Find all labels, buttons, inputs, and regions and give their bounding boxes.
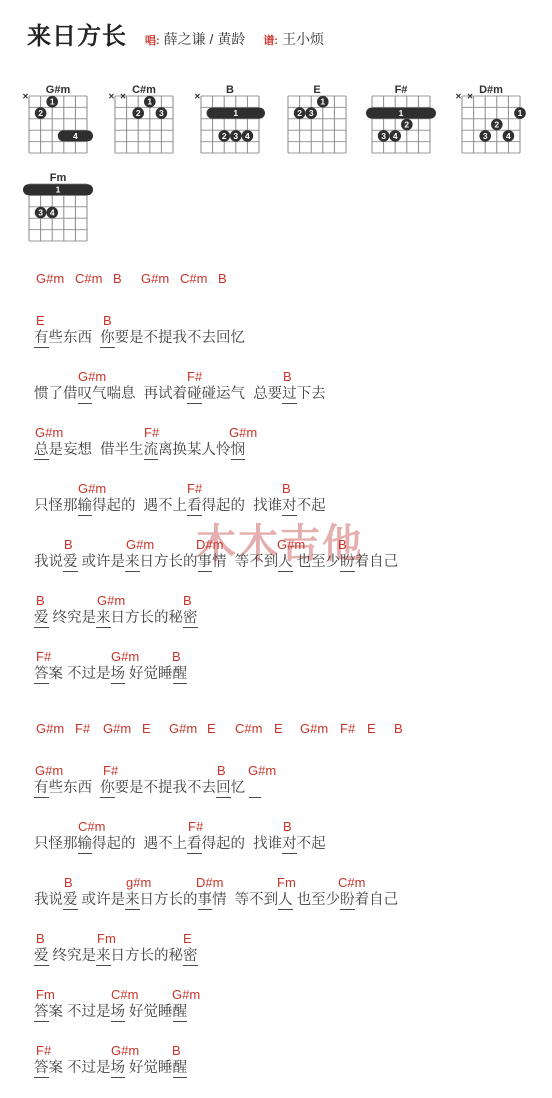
lyric-text: 醒 — [173, 666, 188, 684]
lyric-text: 醒 — [173, 1060, 188, 1078]
lyric-text: 终究是 — [49, 610, 97, 626]
lyric-text: 碰 — [187, 386, 202, 404]
lyric-text: 案 不过是 — [49, 666, 111, 682]
chord-label: E — [36, 314, 45, 328]
chord-label: B — [103, 314, 112, 328]
chord-label: G#m — [300, 722, 328, 736]
lyric-text: 也至少 — [293, 892, 341, 908]
chord-label: G#m — [36, 722, 64, 736]
chord-label: G#m — [169, 722, 197, 736]
lyric-text: 有 — [34, 330, 49, 348]
lyric-text: 悯 — [231, 442, 246, 460]
chord-label: F# — [75, 722, 90, 736]
chord-label: G#m — [126, 538, 154, 552]
lyric-text: 人 — [278, 554, 293, 572]
lyric-text: 有 — [34, 780, 49, 798]
lyric-text: 好觉睡 — [125, 1004, 173, 1020]
lyric-text: 离换某人怜 — [158, 442, 231, 458]
lyric-text: 日方长的 — [140, 554, 198, 570]
lyric-line: 有些东西 你要是不提我不去回忆 — [34, 780, 261, 797]
lyric-text: 得起的 遇不上 — [92, 498, 187, 514]
lyric-text: 醒 — [173, 1004, 188, 1022]
chord-label: G#m — [229, 426, 257, 440]
lyric-text: 些东西 — [49, 330, 101, 346]
chord-label: B — [36, 594, 45, 608]
lyric-text: 你 — [100, 780, 115, 798]
chord-label: B — [172, 1044, 181, 1058]
lyric-text: 也至少 — [293, 554, 341, 570]
lyric-text: 你 — [100, 330, 115, 348]
lyric-line: 总是妄想 借半生流离换某人怜悯 — [34, 442, 245, 459]
chord-label: G#m — [111, 650, 139, 664]
lyric-text: 人 — [278, 892, 293, 910]
lyric-text: 只怪那 — [34, 498, 78, 514]
chord-label: E — [274, 722, 283, 736]
lyric-text: 来 — [96, 948, 111, 966]
lyric-text: 对 — [282, 836, 297, 854]
lyric-text: 好觉睡 — [125, 666, 173, 682]
lyric-line: 答案 不过是场 好觉睡醒 — [34, 1060, 187, 1077]
chord-label: B — [64, 538, 73, 552]
lyric-text: 情 等不到 — [212, 892, 278, 908]
lyric-text: 场 — [111, 1004, 126, 1022]
lyric-text: 要是不提我不去 — [115, 780, 217, 796]
lyrics-section: G#mC#mBG#mC#mBEB有些东西 你要是不提我不去回忆G#mF#B惯了借… — [0, 0, 552, 1098]
lyric-text: 气喘息 再试着 — [92, 386, 187, 402]
lyric-line: 只怪那输得起的 遇不上看得起的 找谁对不起 — [34, 836, 326, 853]
lyric-text: 些东西 — [49, 780, 101, 796]
lyric-text: 我说 — [34, 554, 63, 570]
chord-label: G#m — [277, 538, 305, 552]
lyric-text: 爱 — [63, 554, 78, 572]
chord-sheet-page: 来日方长唱:薛之谦 / 黄龄谱:王小烦 木木吉他 G#m×412C#m××123… — [0, 0, 552, 1098]
chord-label: G#m — [172, 988, 200, 1002]
chord-label: F# — [103, 764, 118, 778]
lyric-text: 密 — [183, 948, 198, 966]
lyric-text — [249, 780, 261, 798]
lyric-text: 场 — [111, 666, 126, 684]
chord-label: G#m — [35, 764, 63, 778]
chord-label: g#m — [126, 876, 151, 890]
lyric-text: 案 不过是 — [49, 1004, 111, 1020]
lyric-text: 惯了借 — [34, 386, 78, 402]
chord-label: C#m — [111, 988, 138, 1002]
lyric-text: 我说 — [34, 892, 63, 908]
lyric-text: 过 — [282, 386, 297, 404]
lyric-text: 案 不过是 — [49, 1060, 111, 1076]
chord-label: G#m — [35, 426, 63, 440]
lyric-text: 事 — [198, 892, 213, 910]
lyric-text: 得起的 遇不上 — [92, 836, 187, 852]
lyric-text: 对 — [282, 498, 297, 516]
lyric-line: 爱 终究是来日方长的秘密 — [34, 948, 198, 965]
lyric-text: 忆 — [231, 780, 250, 796]
lyric-text: 情 等不到 — [212, 554, 278, 570]
lyric-text: 下去 — [297, 386, 326, 402]
chord-label: G#m — [78, 482, 106, 496]
lyric-text: 日方长的秘 — [111, 610, 184, 626]
lyric-text: 密 — [183, 610, 198, 628]
chord-label: C#m — [338, 876, 365, 890]
lyric-text: 来 — [125, 554, 140, 572]
lyric-text: 答 — [34, 1004, 49, 1022]
chord-label: B — [394, 722, 403, 736]
chord-label: G#m — [36, 272, 64, 286]
chord-label: G#m — [97, 594, 125, 608]
chord-label: D#m — [196, 538, 223, 552]
lyric-text: 盼 — [340, 892, 355, 910]
lyric-text: 答 — [34, 666, 49, 684]
chord-label: B — [36, 932, 45, 946]
chord-label: B — [113, 272, 122, 286]
chord-label: Fm — [277, 876, 296, 890]
lyric-text: 不起 — [297, 836, 326, 852]
chord-label: B — [217, 764, 226, 778]
chord-label: B — [282, 482, 291, 496]
lyric-text: 事 — [198, 554, 213, 572]
chord-label: G#m — [248, 764, 276, 778]
chord-label: B — [283, 370, 292, 384]
chord-label: C#m — [78, 820, 105, 834]
lyric-text: 总 — [34, 442, 49, 460]
chord-label: G#m — [111, 1044, 139, 1058]
lyric-text: 爱 — [34, 610, 49, 628]
chord-label: Fm — [36, 988, 55, 1002]
lyric-text: 流 — [144, 442, 159, 460]
chord-label: F# — [187, 370, 202, 384]
lyric-text: 或许是 — [78, 554, 126, 570]
lyric-text: 得起的 找谁 — [202, 836, 283, 852]
chord-label: E — [183, 932, 192, 946]
lyric-text: 好觉睡 — [125, 1060, 173, 1076]
lyric-text: 回 — [216, 780, 231, 798]
lyric-text: 日方长的 — [140, 892, 198, 908]
chord-label: E — [142, 722, 151, 736]
lyric-line: 爱 终究是来日方长的秘密 — [34, 610, 198, 627]
chord-label: F# — [144, 426, 159, 440]
lyric-text: 得起的 找谁 — [202, 498, 283, 514]
lyric-text: 日方长的秘 — [111, 948, 184, 964]
chord-label: C#m — [75, 272, 102, 286]
lyric-line: 只怪那输得起的 遇不上看得起的 找谁对不起 — [34, 498, 326, 515]
lyric-text: 着自己 — [355, 892, 399, 908]
lyric-text: 不起 — [297, 498, 326, 514]
chord-label: C#m — [235, 722, 262, 736]
chord-label: B — [283, 820, 292, 834]
lyric-line: 惯了借叹气喘息 再试着碰碰运气 总要过下去 — [34, 386, 326, 403]
lyric-text: 要是不提我不去回忆 — [115, 330, 246, 346]
lyric-text: 盼 — [340, 554, 355, 572]
chord-label: G#m — [78, 370, 106, 384]
lyric-text: 看 — [187, 498, 202, 516]
lyric-line: 答案 不过是场 好觉睡醒 — [34, 1004, 187, 1021]
lyric-text: 答 — [34, 1060, 49, 1078]
lyric-text: 爱 — [34, 948, 49, 966]
lyric-text: 输 — [78, 836, 93, 854]
lyric-text: 爱 — [63, 892, 78, 910]
lyric-text: 或许是 — [78, 892, 126, 908]
lyric-text: 输 — [78, 498, 93, 516]
lyric-line: 有些东西 你要是不提我不去回忆 — [34, 330, 245, 347]
lyric-line: 我说爱 或许是来日方长的事情 等不到人 也至少盼着自己 — [34, 892, 398, 909]
lyric-text: 只怪那 — [34, 836, 78, 852]
chord-label: F# — [340, 722, 355, 736]
chord-label: C#m — [180, 272, 207, 286]
chord-label: E — [367, 722, 376, 736]
chord-label: Fm — [97, 932, 116, 946]
lyric-text: 终究是 — [49, 948, 97, 964]
lyric-text: 叹 — [78, 386, 93, 404]
lyric-line: 我说爱 或许是来日方长的事情 等不到人 也至少盼着自己 — [34, 554, 398, 571]
lyric-text: 碰运气 总要 — [202, 386, 283, 402]
lyric-text: 来 — [96, 610, 111, 628]
lyric-text: 是妄想 借半生 — [49, 442, 144, 458]
lyric-text: 看 — [187, 836, 202, 854]
chord-label: B — [183, 594, 192, 608]
chord-label: F# — [36, 1044, 51, 1058]
chord-label: B — [64, 876, 73, 890]
lyric-text: 着自己 — [355, 554, 399, 570]
chord-label: F# — [187, 482, 202, 496]
lyric-line: 答案 不过是场 好觉睡醒 — [34, 666, 187, 683]
lyric-text: 场 — [111, 1060, 126, 1078]
chord-label: D#m — [196, 876, 223, 890]
lyric-text: 来 — [125, 892, 140, 910]
chord-label: B — [338, 538, 347, 552]
chord-label: B — [172, 650, 181, 664]
chord-label: B — [218, 272, 227, 286]
chord-label: G#m — [103, 722, 131, 736]
chord-label: E — [207, 722, 216, 736]
chord-label: G#m — [141, 272, 169, 286]
chord-label: F# — [188, 820, 203, 834]
chord-label: F# — [36, 650, 51, 664]
